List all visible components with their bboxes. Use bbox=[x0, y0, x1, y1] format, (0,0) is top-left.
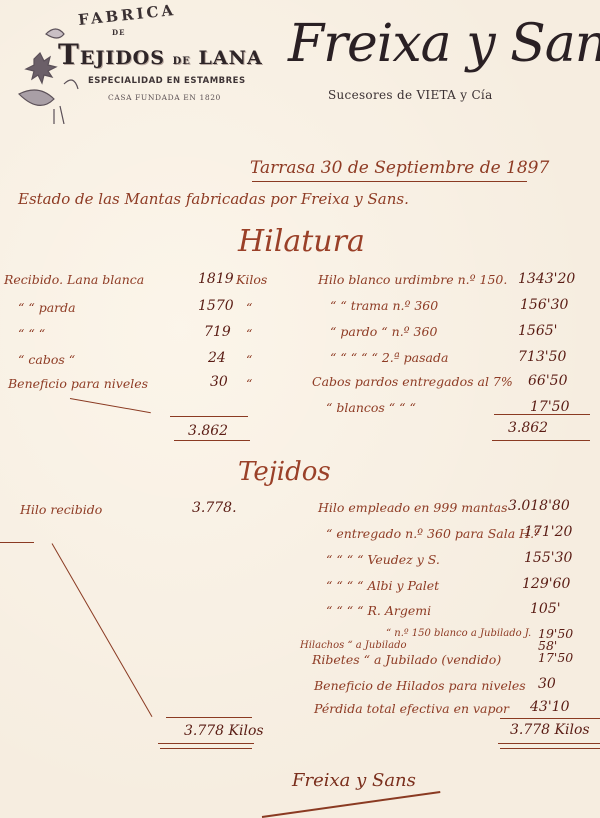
hilatura-right-value: 713'50 bbox=[518, 349, 566, 365]
date-line: Tarrasa 30 de Septiembre de 1897 bbox=[250, 158, 549, 178]
tejidos-right-value: 3.018'80 bbox=[508, 498, 570, 514]
tejidos-left-label: Hilo recibido bbox=[20, 502, 102, 517]
hilatura-right-label: Cabos pardos entregados al 7% bbox=[312, 374, 513, 389]
letterhead-specialty: ESPECIALIDAD EN ESTAMBRES bbox=[88, 76, 246, 86]
hilatura-left-label: Recibido. Lana blanca bbox=[4, 272, 144, 287]
tejidos-right-total-double-underline bbox=[500, 748, 600, 749]
tejidos-right-label: “ “ “ “ Albi y Palet bbox=[326, 578, 439, 593]
letterhead-tejidos: EJIDOS bbox=[80, 47, 165, 69]
hilatura-left-label: Beneficio para niveles bbox=[8, 376, 148, 391]
letterhead-founded: CASA FUNDADA EN 1820 bbox=[108, 93, 221, 102]
hilatura-right-label: “ “ trama n.º 360 bbox=[330, 298, 438, 313]
hilatura-right-label: “ “ “ “ “ 2.ª pasada bbox=[330, 350, 448, 365]
tejidos-right-value: 171'20 bbox=[524, 524, 572, 540]
hilatura-left-total: 3.862 bbox=[188, 423, 228, 439]
hilatura-right-value: 156'30 bbox=[520, 297, 568, 313]
tejidos-right-label: Beneficio de Hilados para niveles bbox=[314, 678, 526, 693]
tejidos-right-value: 129'60 bbox=[522, 576, 570, 592]
hilatura-left-unit: “ bbox=[246, 352, 252, 367]
hilatura-left-label: “ cabos “ bbox=[18, 352, 75, 367]
hilatura-right-value: 1565' bbox=[518, 323, 557, 339]
hilatura-left-value: 1570 bbox=[198, 298, 234, 314]
tejidos-right-label: “ “ “ “ Veudez y S. bbox=[326, 552, 440, 567]
tejidos-right-total-underline bbox=[498, 743, 600, 744]
hilatura-left-total-underline bbox=[174, 440, 250, 441]
tejidos-left-total-underline bbox=[158, 743, 254, 744]
hilatura-left-value: 1819 bbox=[198, 271, 234, 287]
tejidos-right-value: 155'30 bbox=[524, 550, 572, 566]
hilatura-left-label: “ “ “ bbox=[18, 326, 45, 341]
hilatura-left-unit: “ bbox=[246, 326, 252, 341]
tejidos-left-sum-rule bbox=[166, 717, 252, 718]
tejidos-right-value: 30 bbox=[538, 676, 556, 692]
firm-successors: Sucesores de VIETA y Cía bbox=[328, 88, 493, 102]
hilatura-right-total: 3.862 bbox=[508, 420, 548, 436]
tejidos-right-value: 43'10 bbox=[530, 699, 569, 715]
section-heading-tejidos: Tejidos bbox=[238, 457, 331, 487]
signature: Freixa y Sans bbox=[292, 770, 416, 791]
tejidos-left-short-rule bbox=[0, 542, 34, 543]
letterhead-lana: LANA bbox=[199, 47, 263, 69]
hilatura-left-unit: “ bbox=[246, 376, 252, 391]
tejidos-right-label: Pérdida total efectiva en vapor bbox=[314, 701, 509, 716]
hilatura-left-label: “ “ parda bbox=[18, 300, 76, 315]
letterhead-tejidos-de-lana: TEJIDOS DE LANA bbox=[58, 38, 263, 71]
hilatura-left-sum-rule bbox=[170, 416, 248, 417]
hilatura-left-unit: “ bbox=[246, 300, 252, 315]
hilatura-left-value: 24 bbox=[208, 350, 226, 366]
tejidos-left-value: 3.778. bbox=[192, 500, 237, 516]
hilatura-right-label: Hilo blanco urdimbre n.º 150. bbox=[318, 272, 507, 287]
tejidos-right-value: 105' bbox=[530, 601, 561, 617]
hilatura-right-label: “ pardo “ n.º 360 bbox=[330, 324, 437, 339]
hilatura-right-total-underline bbox=[492, 440, 590, 441]
hilatura-right-sum-rule bbox=[494, 414, 590, 415]
letterhead-de: DE bbox=[112, 28, 125, 37]
hilatura-right-value: 1343'20 bbox=[518, 271, 575, 287]
hilatura-right-value: 17'50 bbox=[530, 399, 569, 415]
tejidos-right-sum-rule bbox=[500, 718, 600, 719]
tejidos-right-label: “ entregado n.º 360 para Sala H.º bbox=[326, 526, 540, 541]
tejidos-right-value: 17'50 bbox=[538, 650, 573, 665]
paper-background bbox=[0, 0, 600, 818]
hilatura-left-unit: Kilos bbox=[236, 272, 267, 287]
hilatura-right-label: “ blancos “ “ “ bbox=[326, 400, 416, 415]
tejidos-left-total-double-underline bbox=[160, 748, 252, 749]
tejidos-right-label: Hilo empleado en 999 mantas bbox=[318, 500, 508, 515]
tejidos-right-label: Ribetes “ a Jubilado (vendido) bbox=[312, 652, 501, 667]
subject-line: Estado de las Mantas fabricadas por Frei… bbox=[18, 190, 409, 208]
hilatura-right-value: 66'50 bbox=[528, 373, 567, 389]
tejidos-right-label: “ “ “ “ R. Argemi bbox=[326, 603, 431, 618]
tejidos-right-label: “ n.º 150 blanco a Jubilado J. bbox=[386, 628, 531, 639]
tejidos-right-label: Hilachos “ a Jubilado bbox=[300, 640, 407, 651]
tejidos-right-total: 3.778 Kilos bbox=[510, 722, 590, 738]
hilatura-left-value: 30 bbox=[210, 374, 228, 390]
hilatura-left-value: 719 bbox=[204, 324, 231, 340]
firm-name: Freixa y Sans bbox=[288, 14, 600, 74]
section-heading-hilatura: Hilatura bbox=[238, 224, 365, 259]
letterhead-de-small: DE bbox=[173, 56, 191, 67]
tejidos-left-total: 3.778 Kilos bbox=[184, 723, 264, 739]
letterhead-initial: T bbox=[58, 38, 80, 71]
date-underline bbox=[252, 181, 527, 182]
